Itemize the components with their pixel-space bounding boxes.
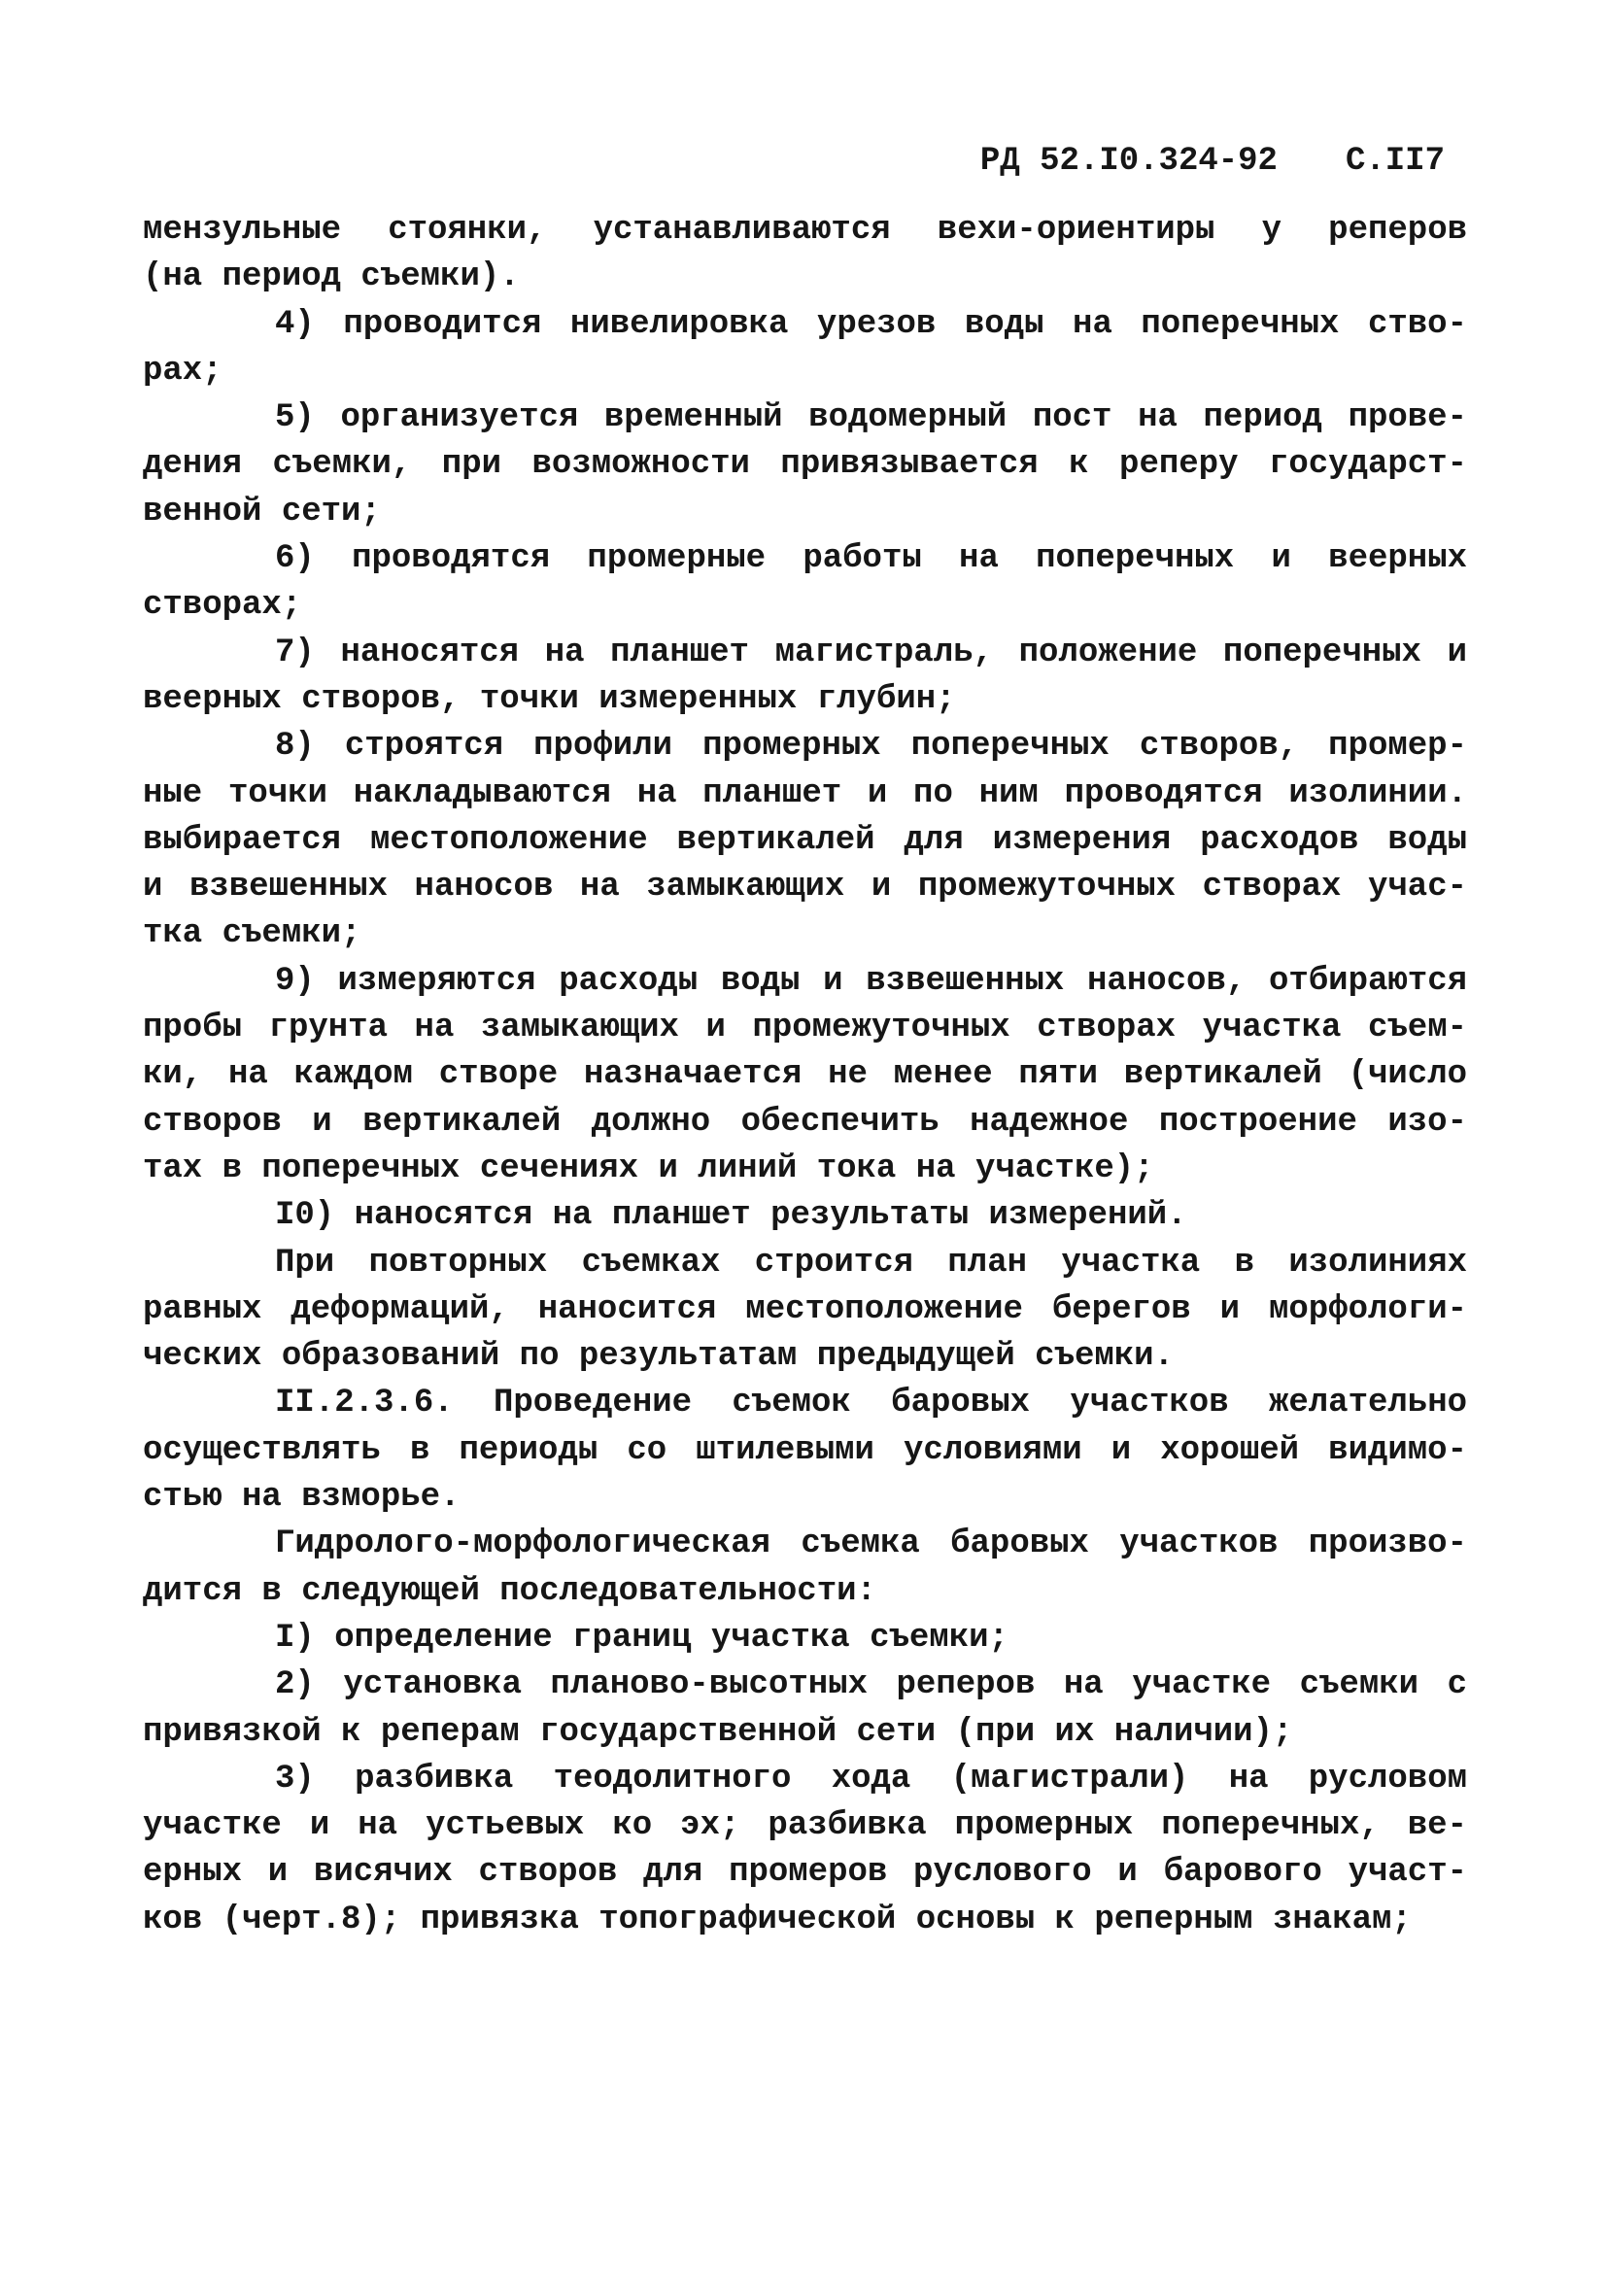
text-line: пробы грунта на замыкающих и промежуточн… xyxy=(143,1005,1467,1051)
text-line: ерных и висячих створов для промеров рус… xyxy=(143,1849,1467,1896)
text-line: 2) установка планово-высотных реперов на… xyxy=(143,1662,1467,1708)
text-line: 5) организуется временный водомерный пос… xyxy=(143,394,1467,441)
text-line: выбирается местоположение вертикалей для… xyxy=(143,817,1467,864)
text-line: 6) проводятся промерные работы на попере… xyxy=(143,535,1467,582)
document-code: РД 52.I0.324-92 xyxy=(980,142,1278,182)
page-number: С.II7 xyxy=(1346,142,1445,182)
text-line: (на период съемки). xyxy=(143,254,1467,300)
text-line: дения съемки, при возможности привязывае… xyxy=(143,441,1467,488)
text-line: рах; xyxy=(143,348,1467,394)
text-line: 9) измеряются расходы воды и взвешенных … xyxy=(143,958,1467,1005)
text-line: тка съемки; xyxy=(143,910,1467,957)
text-line: створов и вертикалей должно обеспечить н… xyxy=(143,1099,1467,1146)
text-line: участке и на устьевых ко эх; разбивка пр… xyxy=(143,1802,1467,1849)
text-line: ков (черт.8); привязка топографической о… xyxy=(143,1897,1467,1943)
text-line: дится в следующей последовательности: xyxy=(143,1568,1467,1615)
text-line: Гидролого-морфологическая съемка баровых… xyxy=(143,1521,1467,1567)
text-line: I) определение границ участка съемки; xyxy=(143,1615,1467,1662)
text-line: При повторных съемках строится план учас… xyxy=(143,1240,1467,1286)
text-line: тах в поперечных сечениях и линий тока н… xyxy=(143,1146,1467,1192)
text-line: привязкой к реперам государственной сети… xyxy=(143,1709,1467,1756)
text-line: 3) разбивка теодолитного хода (магистрал… xyxy=(143,1756,1467,1802)
text-line: мензульные стоянки, устанавливаются вехи… xyxy=(143,207,1467,254)
text-line: ческих образований по результатам предыд… xyxy=(143,1333,1467,1380)
text-line: 8) строятся профили промерных поперечных… xyxy=(143,723,1467,770)
text-line: веерных створов, точки измеренных глубин… xyxy=(143,676,1467,723)
text-line: II.2.3.6. Проведение съемок баровых учас… xyxy=(143,1380,1467,1426)
text-line: венной сети; xyxy=(143,489,1467,535)
text-line: и взвешенных наносов на замыкающих и про… xyxy=(143,864,1467,910)
text-line: стью на взморье. xyxy=(143,1474,1467,1521)
text-line: ки, на каждом створе назначается не мене… xyxy=(143,1051,1467,1098)
scanned-document-page: РД 52.I0.324-92 С.II7 мензульные стоянки… xyxy=(0,0,1606,2296)
text-line: равных деформаций, наносится местоположе… xyxy=(143,1286,1467,1333)
document-body: мензульные стоянки, устанавливаются вехи… xyxy=(143,207,1467,1943)
text-line: 7) наносятся на планшет магистраль, поло… xyxy=(143,630,1467,676)
page-header: РД 52.I0.324-92 С.II7 xyxy=(980,142,1445,182)
text-line: 4) проводится нивелировка урезов воды на… xyxy=(143,301,1467,348)
text-line: створах; xyxy=(143,582,1467,629)
text-line: I0) наносятся на планшет результаты изме… xyxy=(143,1192,1467,1239)
text-line: ные точки накладываются на планшет и по … xyxy=(143,771,1467,817)
text-line: осуществлять в периоды со штилевыми усло… xyxy=(143,1427,1467,1474)
